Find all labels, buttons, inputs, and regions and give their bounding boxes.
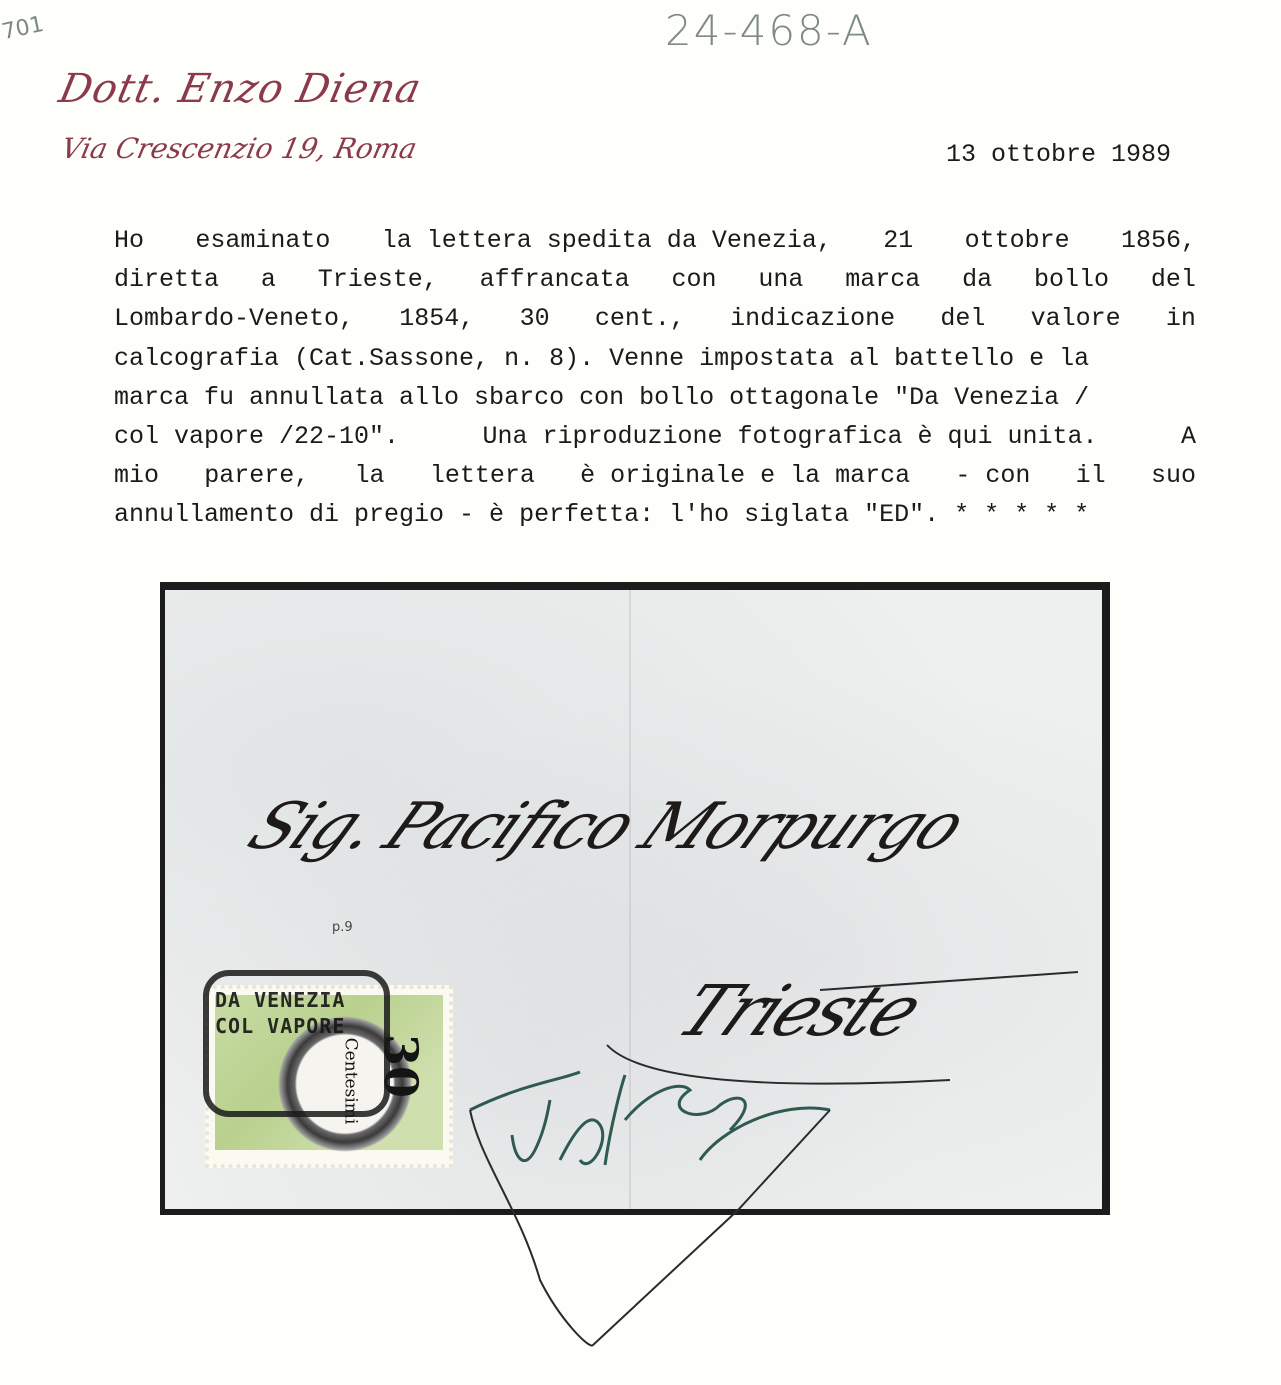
pen-check-mark (470, 1110, 830, 1346)
destination-underline (607, 1045, 950, 1084)
destination-overline (820, 972, 1078, 990)
green-ink-signature (470, 1072, 830, 1165)
ink-strokes (0, 0, 1281, 1385)
